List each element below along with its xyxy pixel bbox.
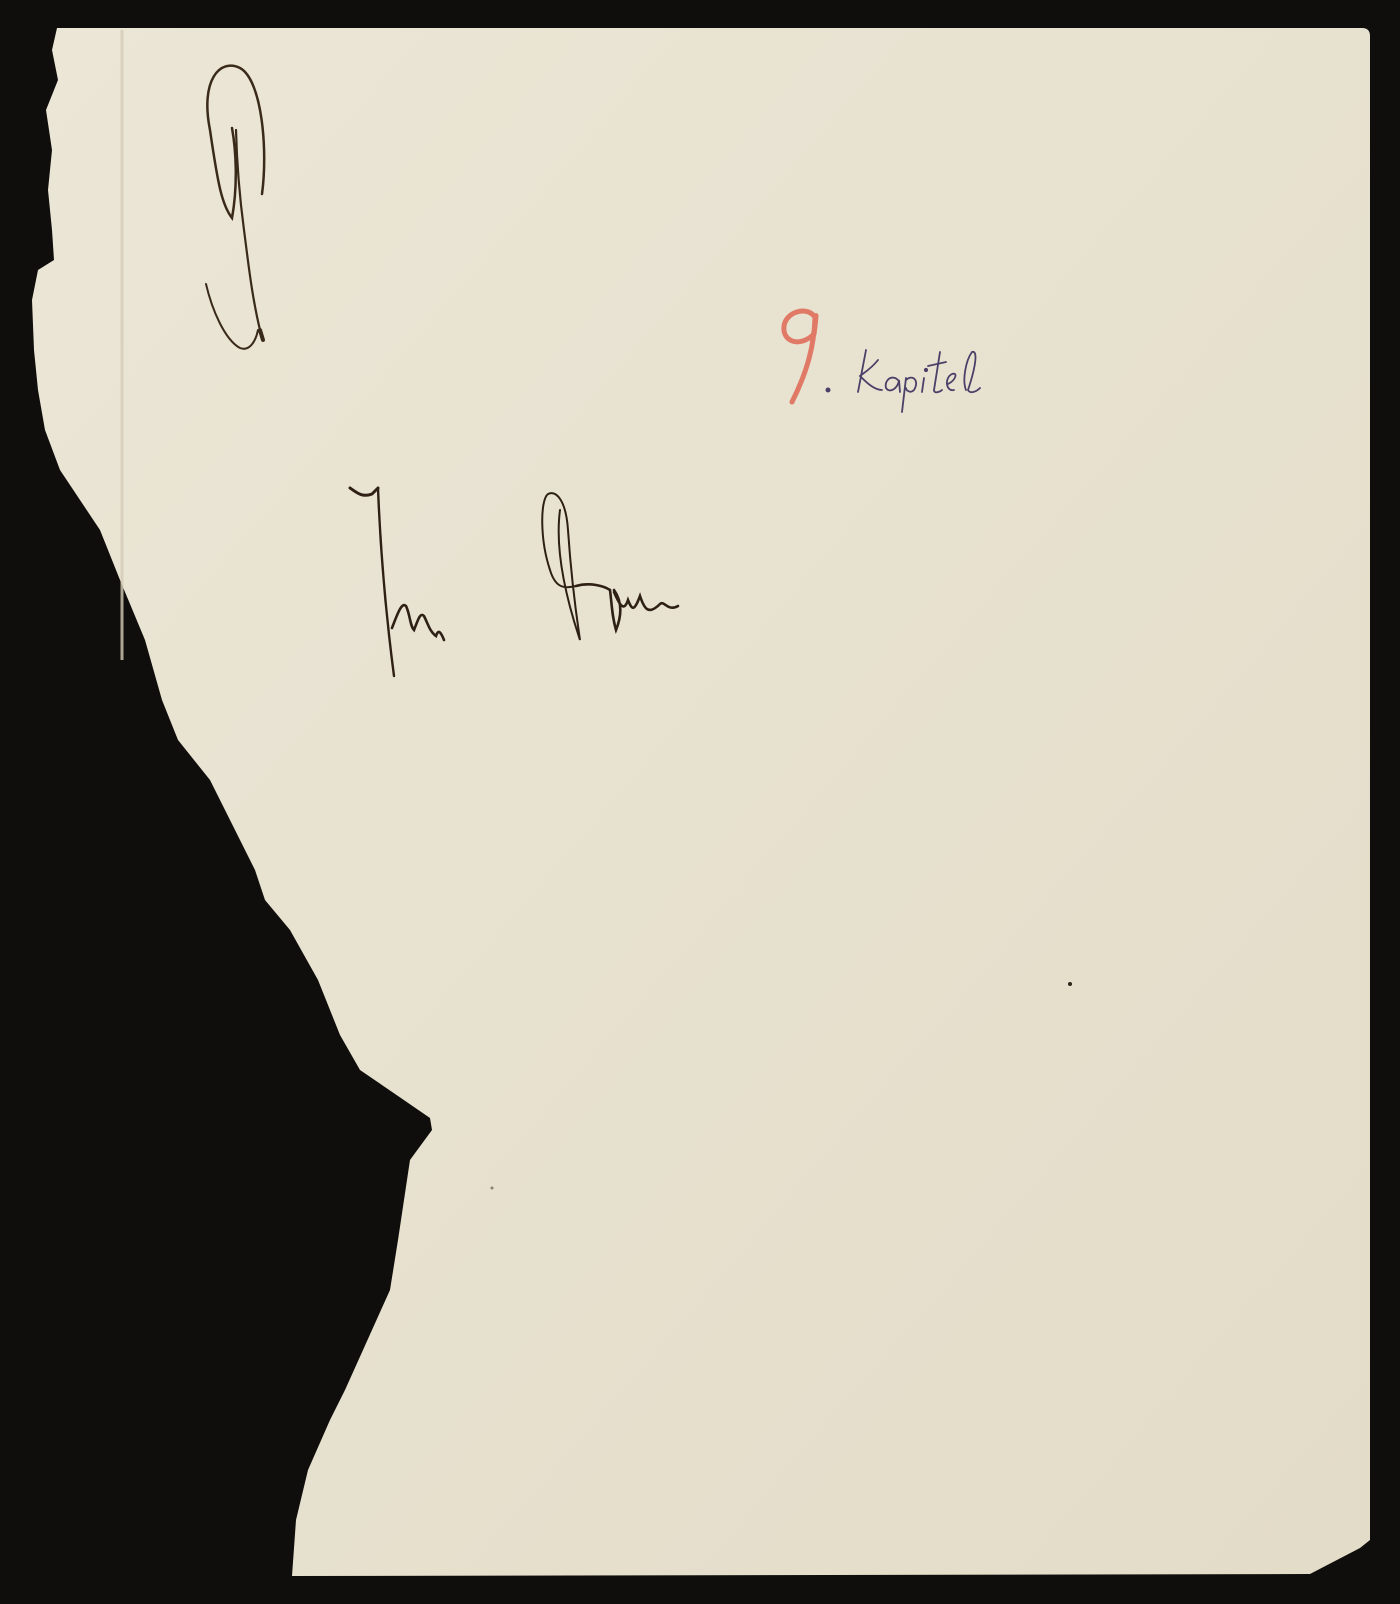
- paper-shape: [32, 28, 1370, 1576]
- torn-paper-sheet: [0, 0, 1400, 1604]
- scanned-manuscript-page: P 9 . Kapitel Im Dom: [0, 0, 1400, 1604]
